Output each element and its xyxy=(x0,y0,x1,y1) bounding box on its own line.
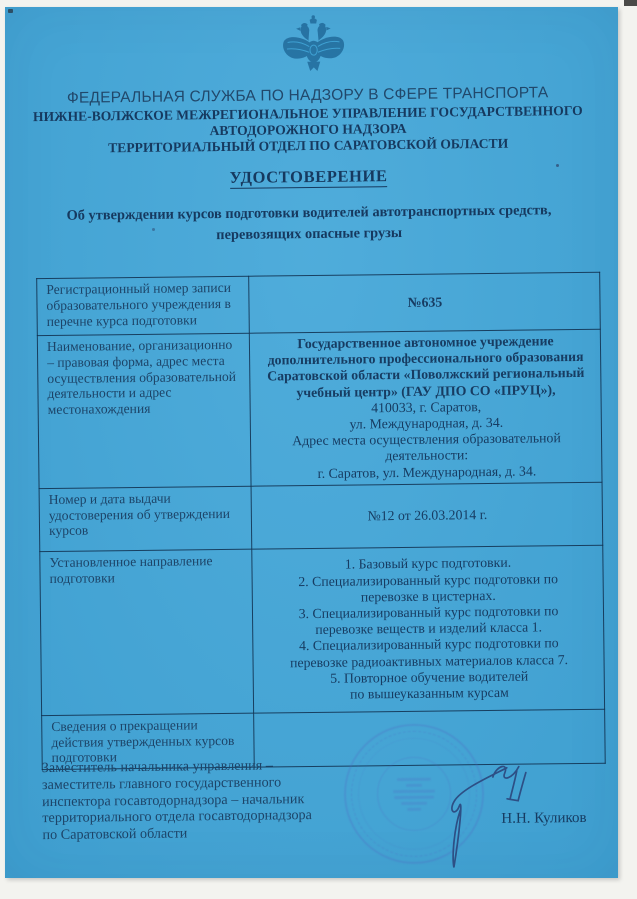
text-line: курсов xyxy=(49,521,243,539)
table-row: Наименование, организационно– правовая ф… xyxy=(37,329,602,488)
signatory-title: Заместитель начальника управления –замес… xyxy=(42,756,373,844)
letterhead: ФЕДЕРАЛЬНАЯ СЛУЖБА ПО НАДЗОРУ В СФЕРЕ ТР… xyxy=(1,84,615,158)
text-line: подготовки xyxy=(49,568,243,586)
row-label: Установленное направлениеподготовки xyxy=(40,549,254,715)
text-line: г. Саратов, ул. Международная, д. 34. xyxy=(260,462,593,482)
row-label: Наименование, организационно– правовая ф… xyxy=(37,333,251,488)
table-row: Установленное направлениеподготовки1. Ба… xyxy=(40,545,605,715)
table-row: Номер и дата выдачиудостоверения об утве… xyxy=(39,482,603,551)
approval-table: Регистрационный номер записиобразователь… xyxy=(36,272,606,771)
scan-corner-artifact xyxy=(624,0,637,6)
row-value: Государственное автономное учреждениедоп… xyxy=(249,329,602,486)
text-line: по вышеуказанным курсам xyxy=(263,684,596,704)
text-line: образовательного учреждения в xyxy=(46,296,240,314)
text-line: Наименование, организационно xyxy=(47,337,241,355)
text-line: №635 xyxy=(258,293,591,313)
scan-speck xyxy=(152,228,155,231)
text-line: действия утвержденных курсов xyxy=(51,732,245,750)
row-label: Регистрационный номер записиобразователь… xyxy=(37,276,250,335)
scan-speck xyxy=(556,164,559,167)
certificate-content: ФЕДЕРАЛЬНАЯ СЛУЖБА ПО НАДЗОРУ В СФЕРЕ ТР… xyxy=(0,4,623,882)
department-lines: НИЖНЕ-ВОЛЖСКОЕ МЕЖРЕГИОНАЛЬНОЕ УПРАВЛЕНИ… xyxy=(1,103,615,158)
scanned-certificate-page: ФЕДЕРАЛЬНАЯ СЛУЖБА ПО НАДЗОРУ В СФЕРЕ ТР… xyxy=(5,7,618,878)
document-subtitle: Об утверждении курсов подготовки водител… xyxy=(2,200,615,249)
row-value: №635 xyxy=(249,272,601,333)
signer-name: Н.Н. Куликов xyxy=(501,810,586,828)
text-line: по Саратовской области xyxy=(42,824,372,845)
text-line: перечне курса подготовки xyxy=(47,311,241,329)
text-line: Регистрационный номер записи xyxy=(46,280,240,298)
text-line: удостоверения об утверждении xyxy=(49,505,243,523)
coat-of-arms-eagle-icon xyxy=(277,10,350,87)
text-line: осуществления образовательной xyxy=(47,368,241,386)
row-label: Номер и дата выдачиудостоверения об утве… xyxy=(39,486,252,551)
document-title: УДОСТОВЕРЕНИЕ xyxy=(2,164,615,191)
text-line: – правовая форма, адрес места xyxy=(47,353,241,371)
text-line: №12 от 26.03.2014 г. xyxy=(261,506,594,526)
row-value: №12 от 26.03.2014 г. xyxy=(251,482,603,549)
table-row: Регистрационный номер записиобразователь… xyxy=(37,272,601,335)
text-line: местонахождения xyxy=(48,400,242,418)
row-value: 1. Базовый курс подготовки.2. Специализи… xyxy=(252,545,605,713)
scan-speck xyxy=(8,9,13,13)
approval-table-body: Регистрационный номер записиобразователь… xyxy=(37,272,606,770)
